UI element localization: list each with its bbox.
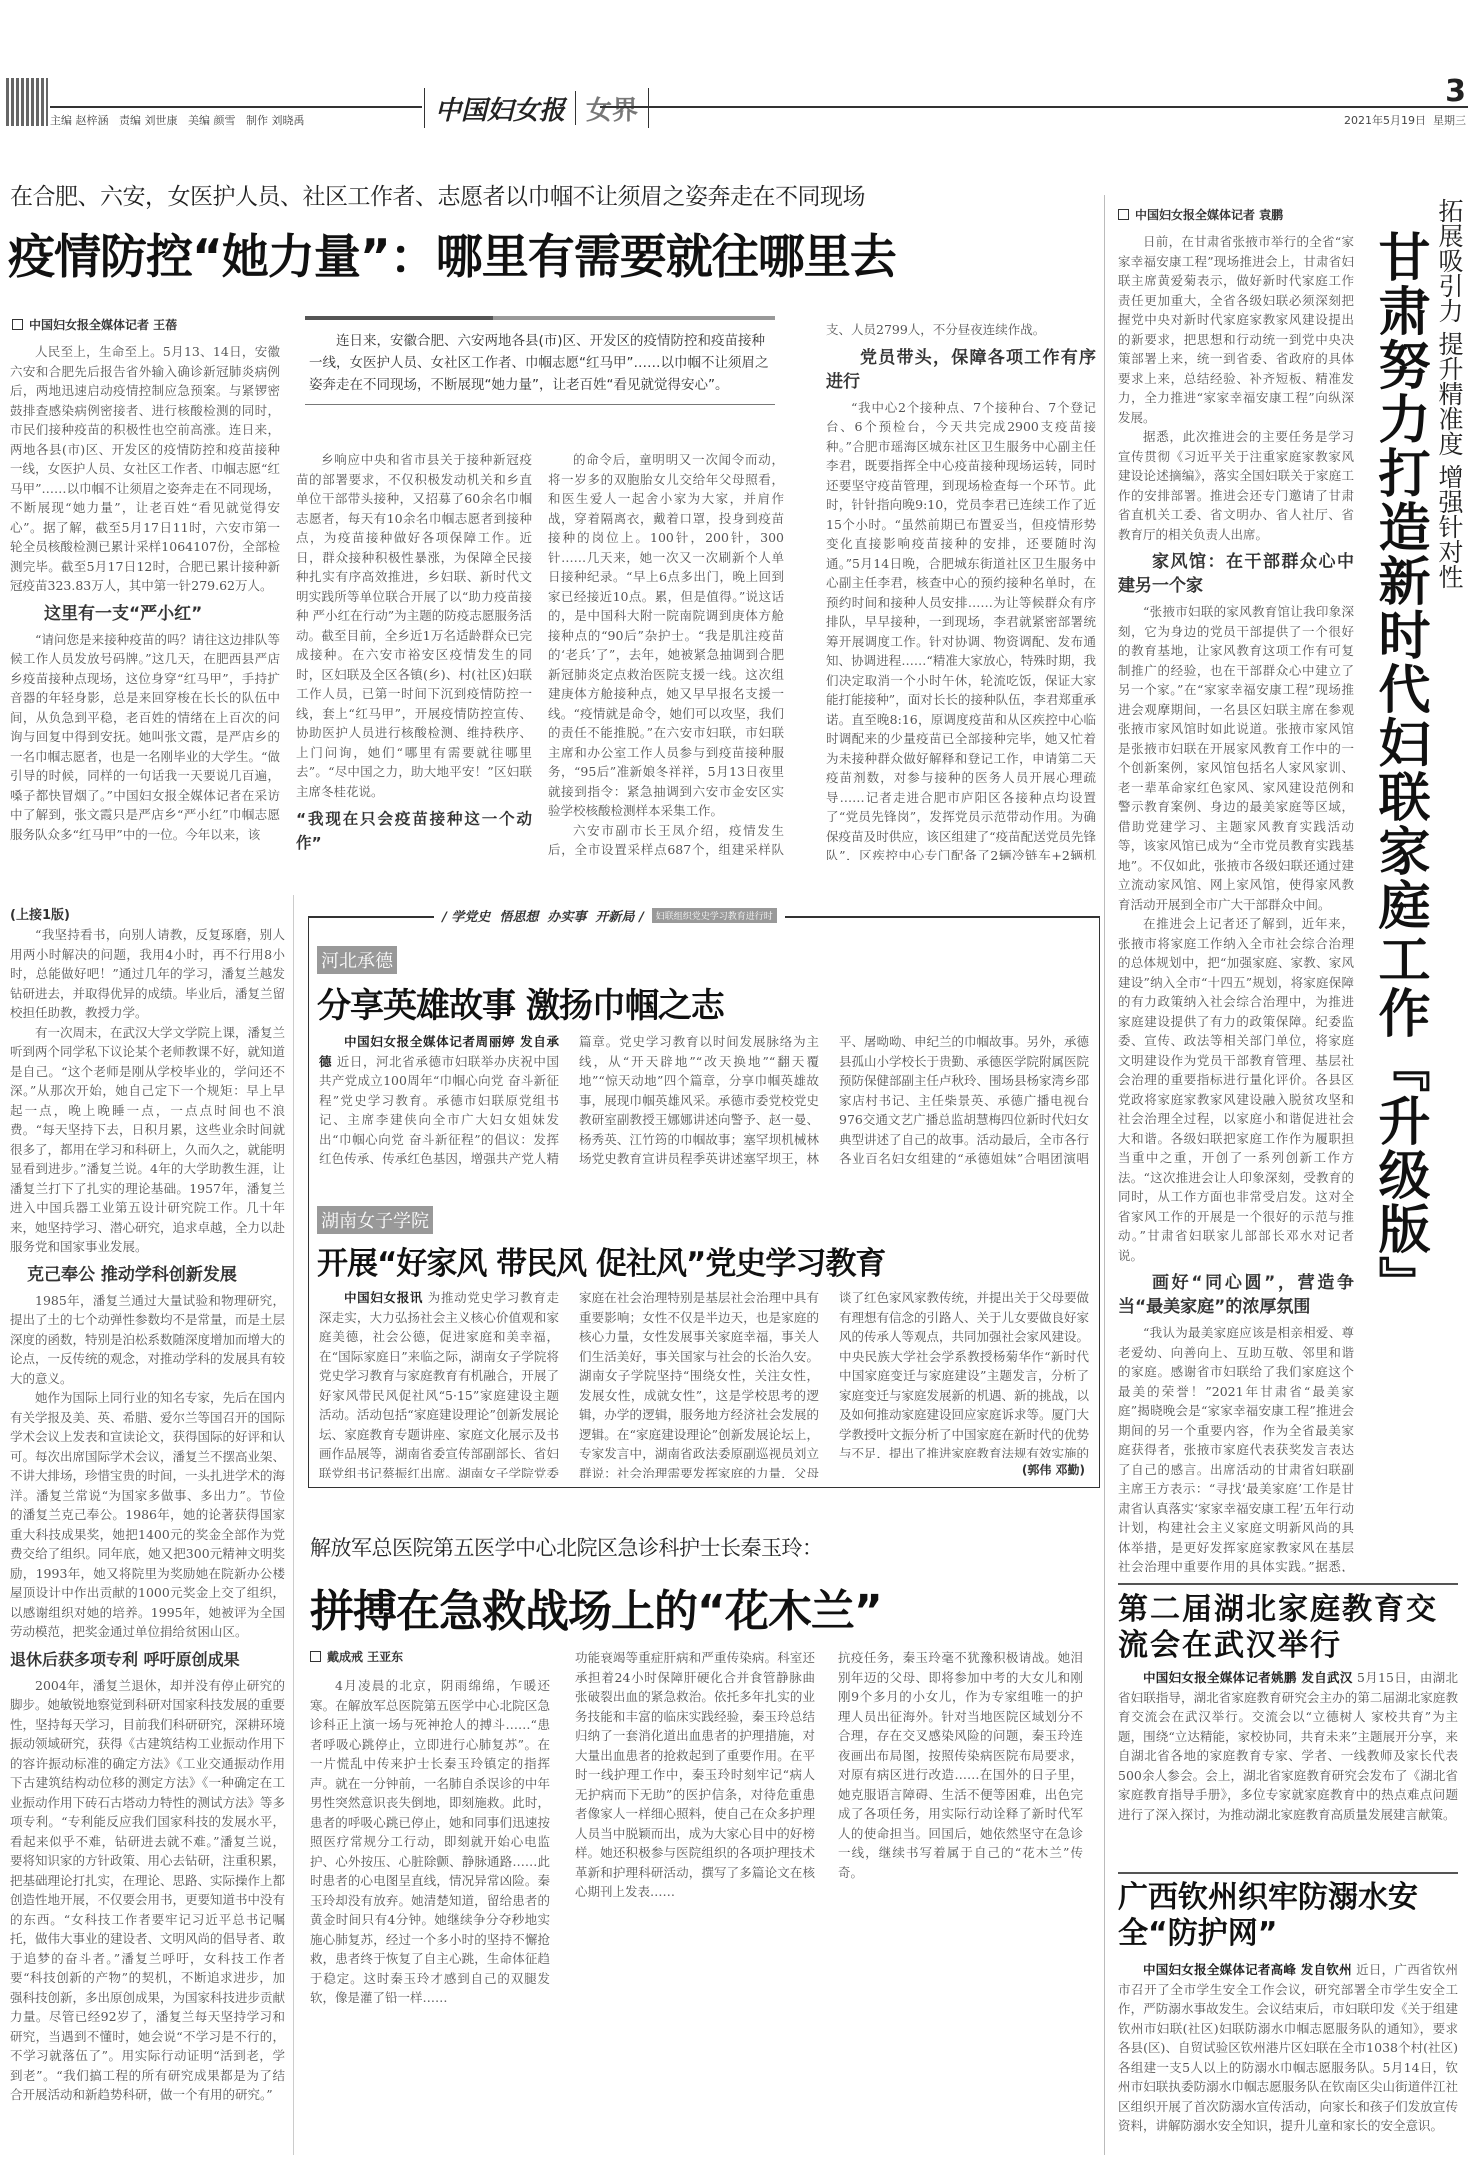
guangxi-top-rule [1118, 1872, 1458, 1874]
hubei-headline: 第二届湖北家庭教育交流会在武汉举行 [1118, 1592, 1448, 1664]
lead-headline: 疫情防控“她力量”：哪里有需要就往哪里去 [8, 228, 896, 288]
hubei-dateline: 中国妇女报全媒体记者姚鹏 发自武汉 [1143, 1670, 1353, 1685]
paper-logo: 中国妇女报 女界 [424, 88, 649, 128]
story2-credit: (郭伟 邓勤) [1022, 1461, 1085, 1478]
story1-headline: 分享英雄故事 激扬巾帼之志 [317, 978, 724, 1027]
section-name: 女界 [586, 90, 638, 127]
story1-col-2: 篇章。党史学习教育以时间发展脉络为主线，从“开天辟地”“改天换地”“翻天覆地”“… [579, 1032, 819, 1166]
editor-credits: 主编 赵梓涵 责编 刘世康 美编 颜雪 制作 刘晓禹 [50, 112, 304, 128]
lead-subhead-2: “我现在只会疫苗接种这一个动作” [296, 807, 532, 855]
lead-subhead-3: 党员带头，保障各项工作有序进行 [826, 346, 1096, 394]
nurse-byline: 戴成戒 王亚东 [310, 1648, 403, 1665]
lead-kicker: 在合肥、六安，女医护人员、社区工作者、志愿者以巾帼不让须眉之姿奔走在不同现场 [10, 178, 865, 211]
nurse-col-3: 抗疫任务，秦玉玲毫不犹豫积极请战。她泪别年迈的父母、即将参加中考的大女儿和刚刚9… [838, 1648, 1083, 2156]
banner-slogan: / 学党史 悟思想 办实事 开新局 / [442, 906, 644, 925]
lead-col-3: 的命令后，童明明又一次闻令而动，将一岁多的双胞胎女儿交给年父母照看，和医生爱人一… [548, 450, 784, 860]
issue-date: 2021年5月19日 星期三 [1344, 112, 1466, 128]
pan-fulan-story: (上接1版) “我坚持看书，向别人请教，反复琢磨，别人用两小时解决的问题，我用4… [10, 904, 285, 2154]
party-history-banner: / 学党史 悟思想 办实事 开新局 / 妇联组织党史学习教育进行时 [434, 906, 785, 925]
byline-box-icon [12, 319, 23, 330]
story2-col-2: 家庭在社会治理特别是基层社会治理中具有重要影响；女性不仅是半边天，也是家庭的核心… [579, 1288, 819, 1478]
story2-col-3: 谈了红色家风家教传统，并提出关于父母要做有理想有信念的引路人、关于儿女要做良好家… [839, 1288, 1089, 1458]
story2-headline: 开展“好家风 带民风 促社风”党史学习教育 [317, 1238, 885, 1283]
lead-byline: 中国妇女报全媒体记者 王蓓 [12, 316, 177, 333]
byline-box-icon [310, 1651, 321, 1662]
paper-name: 中国妇女报 [435, 90, 565, 127]
story1-col-3: 平、屠呦呦、申纪兰的巾帼故事。另外，承德县孤山小学校长于贵勤、承德医学院附属医院… [839, 1032, 1089, 1166]
guangxi-headline: 广西钦州织牢防溺水安全“防护网” [1118, 1880, 1418, 1952]
gansu-vertical-kicker: 拓展吸引力 提升精准度 增强针对性 [1432, 198, 1466, 589]
story2-col-1: 中国妇女报讯 为推动党史学习教育走深走实，大力弘扬社会主义核心价值观和家庭美德，… [319, 1288, 559, 1478]
gansu-vertical-headline: 甘肃努力打造新时代妇联家庭工作『升级版』 [1370, 230, 1428, 1310]
story2-location-tag: 湖南女子学院 [317, 1206, 433, 1234]
lead-subhead-1: 这里有一支“严小红” [10, 602, 280, 626]
nurse-col-2: 功能衰竭等重症肝病和严重传染病。科室还承担着24小时保障肝硬化合并食管静脉曲张破… [575, 1648, 815, 2156]
pan-subhead-1: 克己奉公 推动学科创新发展 [10, 1263, 285, 1287]
lead-col-2: 乡响应中央和省市县关于接种新冠疫苗的部署要求，不仅积极发动机关和乡直单位干部带头… [296, 450, 532, 860]
header-rule-left [50, 106, 422, 108]
pan-subhead-2: 退休后获多项专利 呼吁原创成果 [10, 1648, 285, 1672]
column-divider [1104, 195, 1105, 2155]
lead-col-1: 人民至上，生命至上。5月13、14日，安徽六安和合肥先后报告省外输入确诊新冠肺炎… [10, 342, 280, 862]
lead-summary-box: 连日来，安徽合肥、六安两地各县(市)区、开发区的疫情防控和疫苗接种一线，女医护人… [305, 316, 775, 405]
nurse-kicker: 解放军总医院第五医学中心北院区急诊科护士长秦玉玲： [310, 1532, 823, 1562]
nurse-headline: 拼搏在急救战场上的“花木兰” [310, 1575, 882, 1639]
hubei-body: 中国妇女报全媒体记者姚鹏 发自武汉 5月15日，由湖北省妇联指导，湖北省家庭教育… [1118, 1668, 1458, 1864]
banner-tag: 妇联组织党史学习教育进行时 [652, 908, 777, 923]
continued-label: (上接1版) [10, 904, 285, 923]
gansu-byline: 中国妇女报全媒体记者 袁鹏 [1118, 206, 1283, 223]
gansu-body: 日前，在甘肃省张掖市举行的全省“家家幸福安康工程”现场推进会上，甘肃省妇联主席黄… [1118, 232, 1354, 1572]
column-divider [293, 895, 294, 2155]
story1-col-1: 中国妇女报全媒体记者周丽婷 发自承德 近日，河北省承德市妇联举办庆祝中国共产党成… [319, 1032, 559, 1166]
party-history-box: / 学党史 悟思想 办实事 开新局 / 妇联组织党史学习教育进行时 河北承德 分… [308, 916, 1100, 1488]
guangxi-dateline: 中国妇女报全媒体记者高峰 发自钦州 [1143, 1962, 1352, 1977]
header-rule-right [600, 106, 1468, 108]
lead-summary: 连日来，安徽合肥、六安两地各县(市)区、开发区的疫情防控和疫苗接种一线，女医护人… [305, 320, 775, 404]
page-number: 3 [1445, 74, 1466, 109]
masthead: 主编 赵梓涵 责编 刘世康 美编 颜雪 制作 刘晓禹 中国妇女报 女界 3 20… [0, 0, 1472, 130]
gansu-subhead-1: 家风馆：在干部群众心中建另一个家 [1118, 550, 1354, 598]
story2-dateline: 中国妇女报讯 [344, 1290, 423, 1305]
guangxi-body: 中国妇女报全媒体记者高峰 发自钦州 近日，广西省钦州市召开了全市学生安全工作会议… [1118, 1960, 1458, 2156]
gansu-subhead-2: 画好“同心圆”，营造争当“最美家庭”的浓厚氛围 [1118, 1271, 1354, 1319]
qr-code-icon [6, 78, 48, 126]
nurse-col-1: 4月凌晨的北京，阴雨绵绵，乍暖还寒。在解放军总医院第五医学中心北院区急诊科正上演… [310, 1676, 550, 2156]
lead-col-4: 支、人员2799人，不分昼夜连续作战。 党员带头，保障各项工作有序进行 “我中心… [826, 320, 1096, 860]
hubei-top-rule [1118, 1583, 1458, 1585]
byline-box-icon [1118, 209, 1129, 220]
story1-location-tag: 河北承德 [317, 946, 397, 974]
